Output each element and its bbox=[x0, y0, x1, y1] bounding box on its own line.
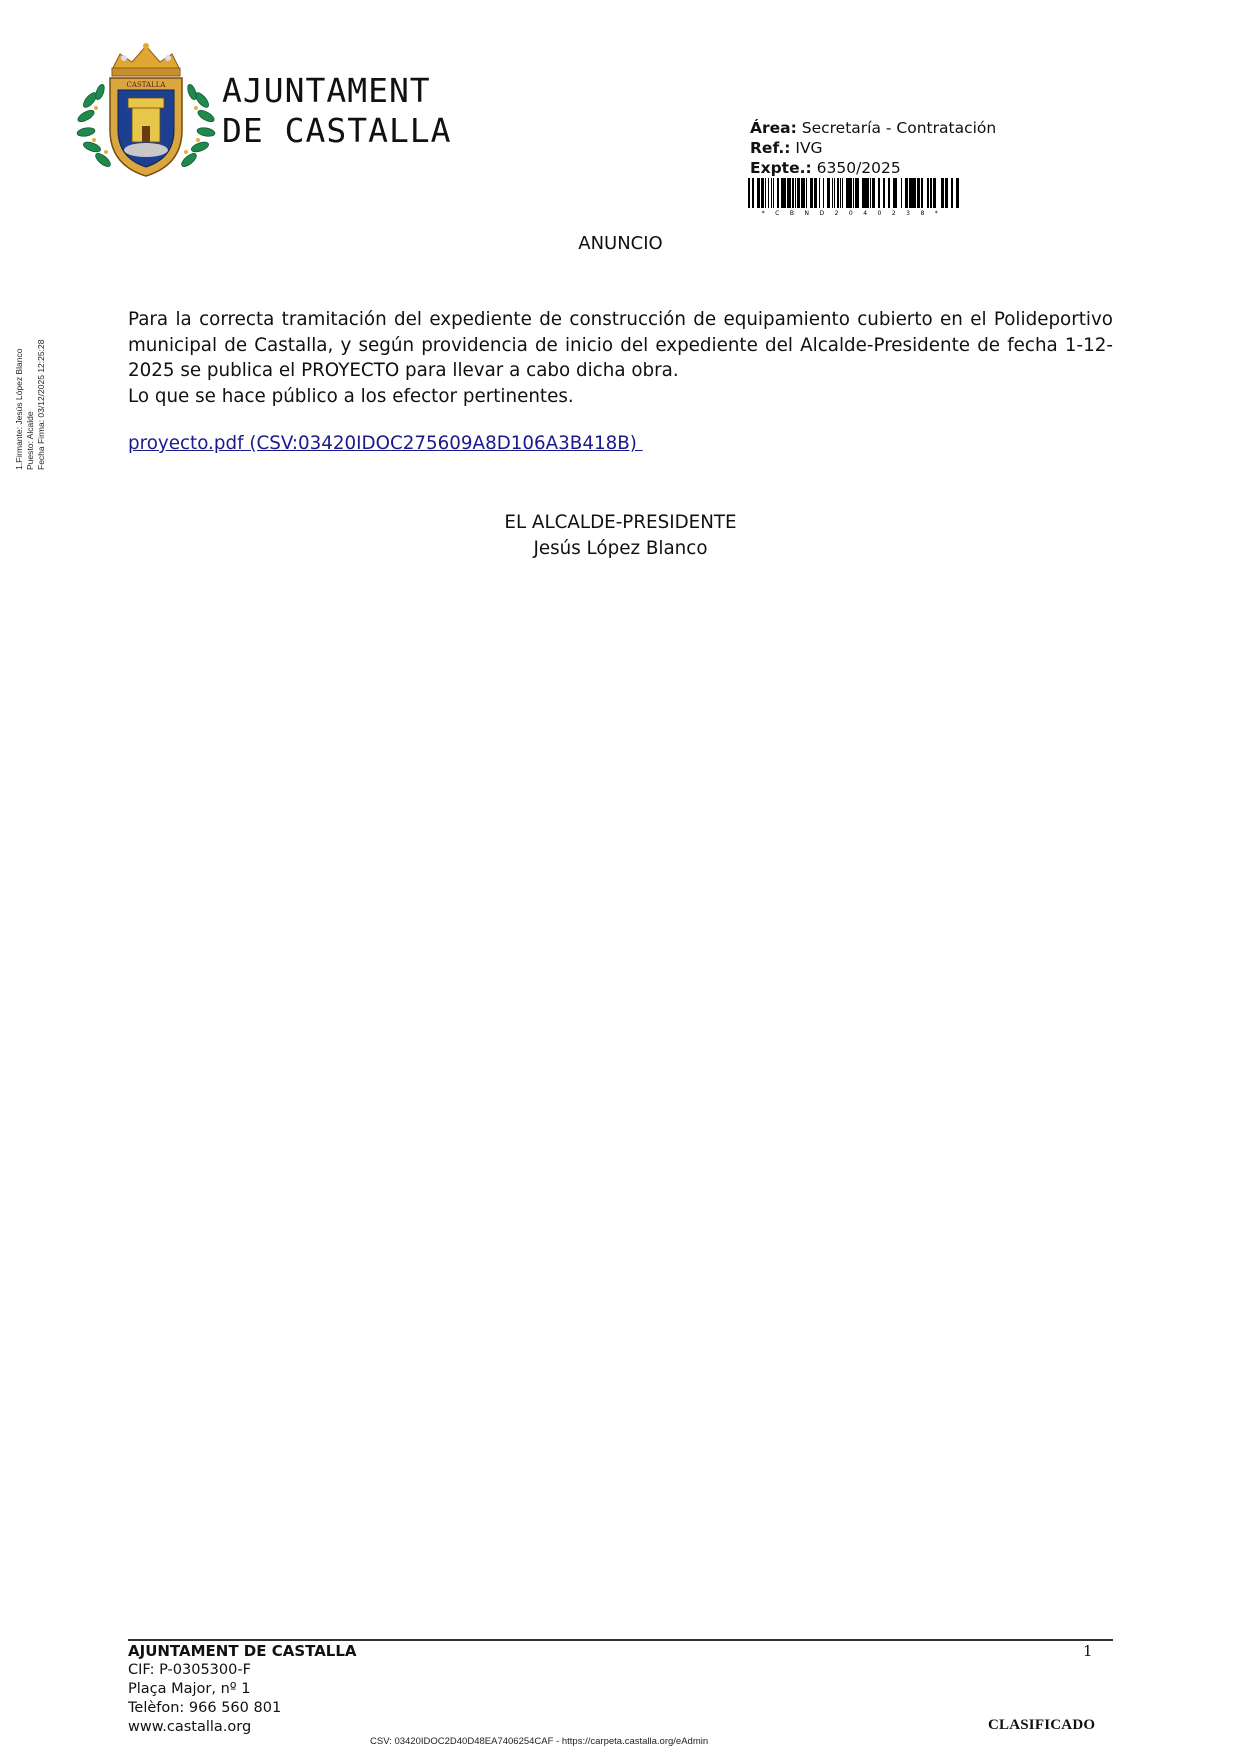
ref-value: IVG bbox=[795, 139, 822, 157]
page-number: 1 bbox=[1083, 1642, 1093, 1660]
expediente-label: Expte.: bbox=[750, 159, 812, 177]
signer-title: EL ALCALDE-PRESIDENTE bbox=[0, 510, 1241, 536]
signer-line: 1.Firmante: Jesús López Blanco bbox=[14, 340, 25, 470]
footer-org-name: AJUNTAMENT DE CASTALLA bbox=[128, 1642, 357, 1661]
expediente-value: 6350/2025 bbox=[817, 159, 901, 177]
signer-name: Jesús López Blanco bbox=[0, 536, 1241, 562]
body-paragraph: Para la correcta tramitación del expedie… bbox=[128, 307, 1113, 384]
document-title: ANUNCIO bbox=[0, 233, 1241, 254]
ref-field: Ref.: IVG bbox=[750, 138, 823, 158]
logo-text-line1: AJUNTAMENT bbox=[222, 74, 431, 107]
area-value: Secretaría - Contratación bbox=[802, 119, 996, 137]
footer-divider bbox=[128, 1639, 1113, 1641]
coat-of-arms-logo: CASTALLA bbox=[76, 40, 216, 185]
svg-text:CASTALLA: CASTALLA bbox=[127, 81, 167, 89]
document-body: Para la correcta tramitación del expedie… bbox=[128, 307, 1113, 409]
ref-label: Ref.: bbox=[750, 139, 790, 157]
area-label: Área: bbox=[750, 119, 797, 137]
area-field: Área: Secretaría - Contratación bbox=[750, 118, 996, 138]
expediente-field: Expte.: 6350/2025 bbox=[750, 158, 901, 178]
signature-date-line: Fecha Firma: 03/12/2025 12:25:28 bbox=[36, 340, 47, 470]
attachment-link[interactable]: proyecto.pdf (CSV:03420IDOC275609A8D106A… bbox=[128, 433, 643, 454]
svg-text:*CBND2040238*: *CBND2040238* bbox=[762, 210, 949, 216]
body-paragraph: Lo que se hace público a los efector per… bbox=[128, 384, 1113, 410]
digital-signature-stamp: 1.Firmante: Jesús López Blanco Puesto: A… bbox=[14, 340, 47, 470]
footer-website[interactable]: www.castalla.org bbox=[128, 1718, 251, 1737]
logo-text-line2: DE CASTALLA bbox=[222, 114, 452, 147]
classification-label: CLASIFICADO bbox=[988, 1717, 1095, 1734]
position-line: Puesto: Alcalde bbox=[25, 340, 36, 470]
signature-block: EL ALCALDE-PRESIDENTE Jesús López Blanco bbox=[0, 510, 1241, 562]
barcode: *CBND2040238* bbox=[748, 178, 962, 216]
footer-cif: CIF: P-0305300-F bbox=[128, 1661, 251, 1680]
footer-address: Plaça Major, nº 1 bbox=[128, 1680, 250, 1699]
csv-verification-line: CSV: 03420IDOC2D40D48EA7406254CAF - http… bbox=[370, 1736, 708, 1747]
footer-phone: Telèfon: 966 560 801 bbox=[128, 1699, 281, 1718]
